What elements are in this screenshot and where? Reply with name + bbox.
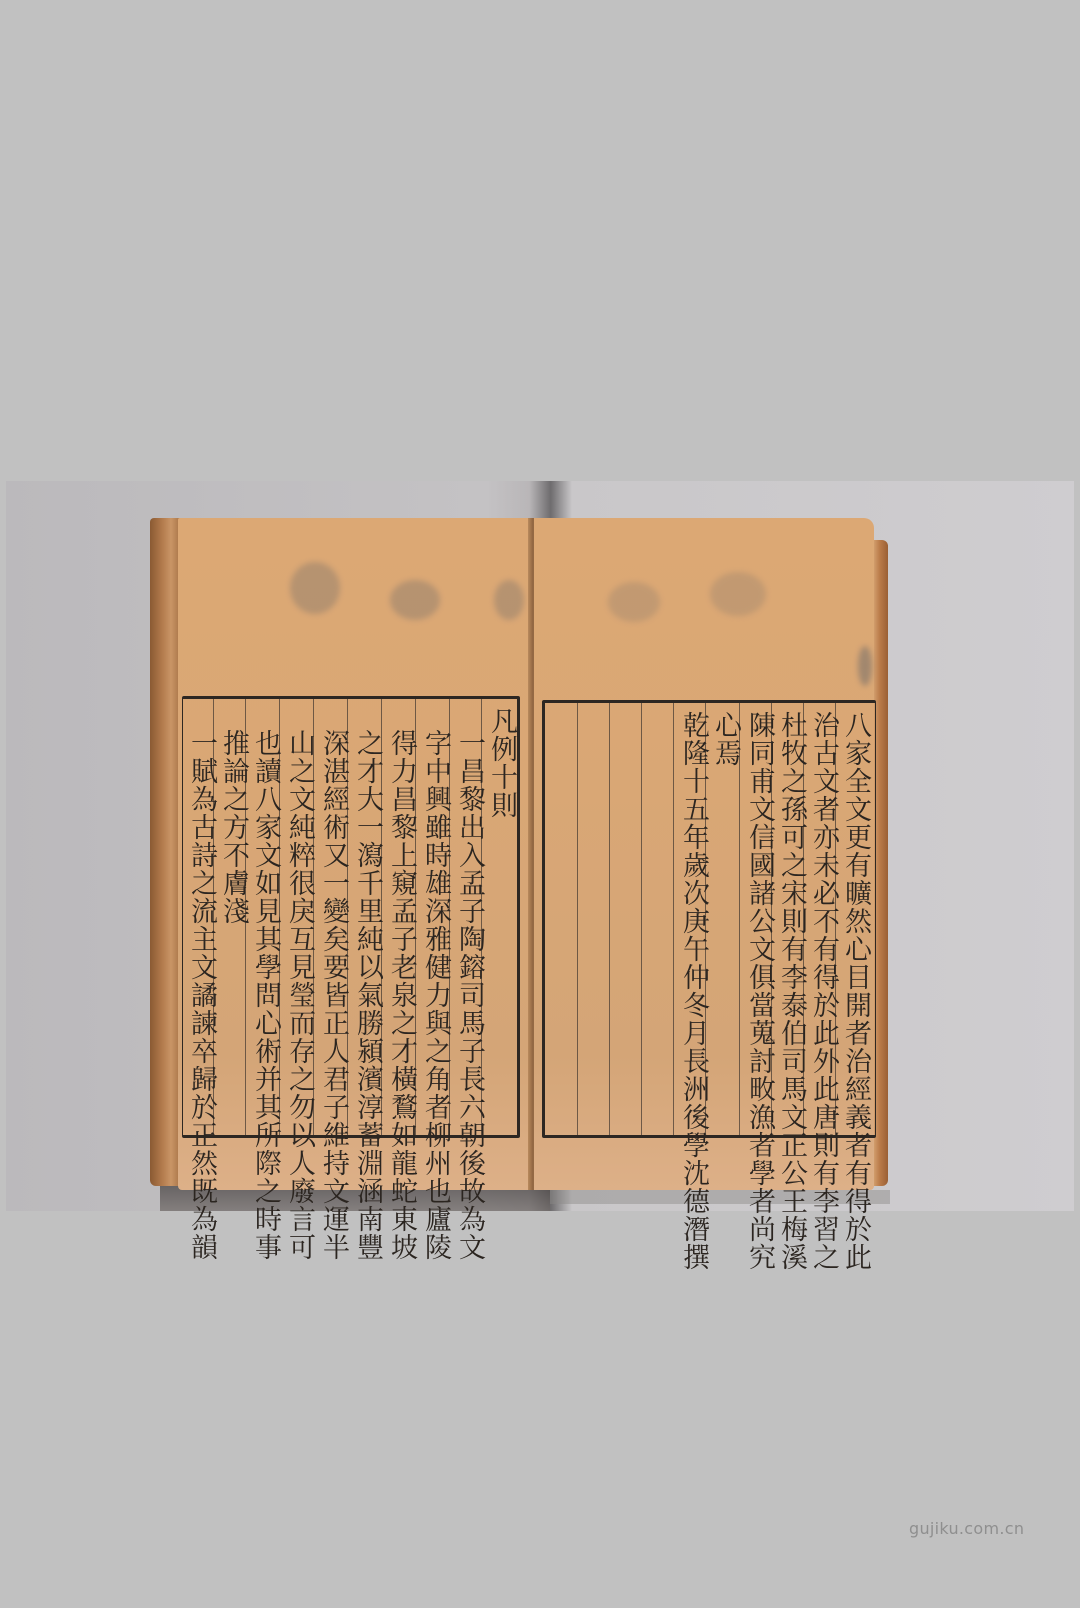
ink-stain [390, 580, 440, 620]
column-rule [577, 703, 578, 1135]
text-column: 得力昌黎上窺孟子老泉之才橫鶩如龍蛇東坡 [385, 729, 417, 1261]
text-column: 心焉 [709, 711, 741, 767]
text-column: 一昌黎出入孟子陶鎔司馬子長六朝後故為文 [453, 729, 485, 1261]
text-column: 治古文者亦未必不有得於此外此唐則有李習之 [807, 711, 839, 1271]
text-column: 也讀八家文如見其學問心術并其所際之時事 [249, 729, 281, 1261]
watermark-text: gujiku.com.cn [909, 1519, 1024, 1538]
ink-stain [494, 580, 524, 620]
ink-stain [710, 572, 766, 616]
ink-stain [290, 562, 340, 614]
right-text-frame: 八家全文更有曠然心目開者治經義者有得於此 治古文者亦未必不有得於此外此唐則有李習… [542, 700, 876, 1138]
column-rule [641, 703, 642, 1135]
text-column: 一賦為古詩之流主文譎諫卒歸於正然既為韻 [185, 729, 217, 1261]
left-text-frame: 凡例十則 一昌黎出入孟子陶鎔司馬子長六朝後故為文 字中興雖時雄深雅健力與之角者柳… [182, 696, 520, 1138]
text-column: 杜牧之孫可之宋則有李泰伯司馬文正公王梅溪 [775, 711, 807, 1271]
ink-stain [608, 582, 660, 622]
column-rule [609, 703, 610, 1135]
text-column: 陳同甫文信國諸公文俱當蒐討畋漁者學者尚究 [743, 711, 775, 1271]
column-rule [673, 703, 674, 1135]
text-column: 字中興雖時雄深雅健力與之角者柳州也廬陵 [419, 729, 451, 1261]
text-column: 山之文純粹很戾互見瑩而存之勿以人廢言可 [283, 729, 315, 1261]
colophon-date-line: 乾隆十五年歲次庚午仲冬月長洲後學沈德潛撰 [677, 711, 709, 1271]
text-column: 深湛經術又一變矣要皆正人君子維持文運半 [317, 729, 349, 1261]
section-heading: 凡例十則 [485, 707, 517, 819]
ink-stain [858, 646, 872, 686]
text-column: 之才大一瀉千里純以氣勝潁濱淳蓄淵涵南豐 [351, 729, 383, 1261]
book-fore-edge-left [150, 518, 180, 1186]
column-rule [739, 703, 740, 1135]
text-column: 八家全文更有曠然心目開者治經義者有得於此 [839, 711, 871, 1271]
text-column: 推論之方不膚淺 [217, 729, 249, 925]
